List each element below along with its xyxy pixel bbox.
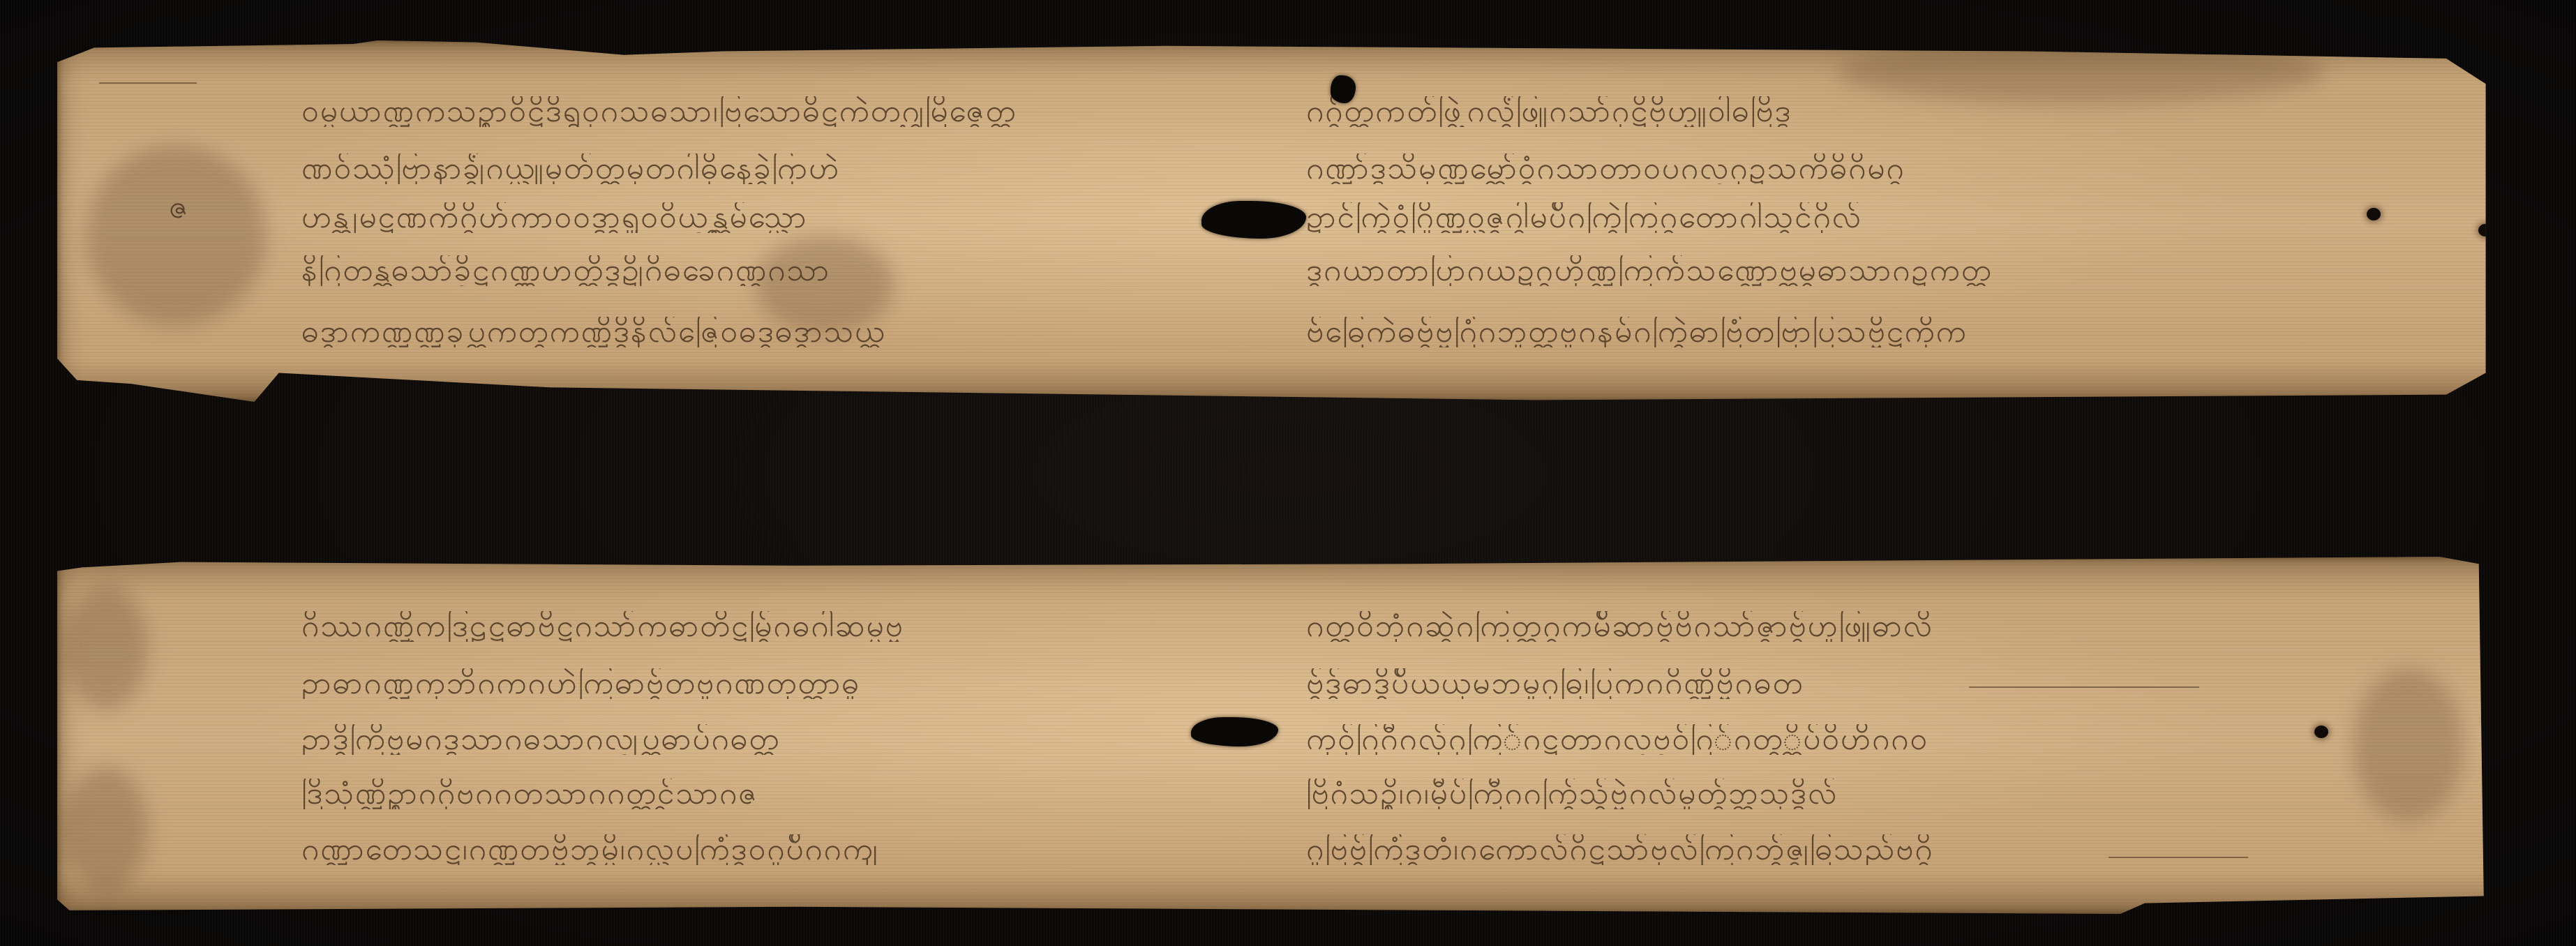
leaf-page-number: ဇ [169, 187, 188, 234]
string-hole-small [1331, 75, 1356, 103]
script-line: ဗွ်ဒွ်ဓာဒ္ဓိပ်ိယယုမဘမှုဂုဓြ၊ပြကဂဂိဏ္ဍိဗ္… [1306, 668, 2004, 699]
script-line: ဗ်ဓြေကဲဓဗွ်ဗ္ဗဂြံဂဘူတ္တဗူဂနမ်ဂကြွဲဓာဗြံတ… [1306, 317, 2381, 347]
stain [2353, 668, 2464, 822]
script-line: ဍာင်ကြွဲဝွံဂြိုဏ္ဍဝ္ယဇ္ဇွဂါမပ်ိဂကြွဲကြဂ္… [1306, 202, 2241, 233]
script-line: ဂဂွ်တ္ကဂာတ်ဖြွဲ့ဂလွ်ံဖြူဂသာ်ဂုဋ္ဌိဗိုဟ္ဗ… [1306, 96, 2388, 127]
script-line: နိဂြတန္တဓသာ်ခ္ဍိဋ္ဌဂဏ္ဏဟတ္တိဒ္ဒဍိုဂိဓခေဂ… [301, 255, 1041, 286]
script-line: ဥာဓာဂဏ္ဍကုဘိဂကဂဟဲကြဓာဗွ်တဗူဂဏတုတ္တာဓူ [301, 668, 1139, 699]
stain [85, 145, 267, 326]
script-line: ဟန္တုမဋ္ဌဏကိဂ္ဂိဟ်ကာဝဝဒ္ဒွာရှူ၀ဝိယ္ဍွန္တ… [301, 202, 1125, 233]
stain [64, 766, 148, 892]
stain [64, 585, 148, 710]
script-line: ဗြိဂံသဉ္စိ၊ဂ၊မှီပ်ကြီဂဂကြွ်သွ်ဗ္ဗဲဂလ်မှု… [1306, 779, 2227, 809]
script-line: ဒြိသုံဏ္ဍိဥ္စာဂဂိုဗဂဂတသာဂဂတ္ထွင်သာဂဇ [301, 779, 1139, 809]
script-line: ဂတ္တ၀ိဘုံဂဆွဲဂကြတ္ထဂ္ဂကမ်ိဆာဗွ်ဗိဂသာ်ဇ္ဇ… [1306, 611, 2360, 642]
script-line: ကုဝ်ုဂြဂီဂလ်ုဂုကြ်ဂဋ္ဌတာဂလ္ဍဗ္ဍဝ်ဂြ်ဂတွ္… [1306, 724, 2109, 755]
top-palm-leaf: ဇ ဝမ္မယာဏ္ဍကသဉ္စာ၀ိဋ္ဌိဒိရ္ဒဝုဂသဓသာ၊ဗြသေ… [57, 40, 2520, 402]
binding-hole [2314, 726, 2328, 738]
string-hole-central [1191, 717, 1278, 746]
ruled-line [1969, 686, 2199, 688]
script-line: ဓဒွာကဏ္ဍဏ္ဍခုပ္ဘကတ္ဓကဏ္ဍိဒ္ဓိနိလ်ဇြေဝဓဒ္… [301, 317, 1348, 347]
script-line: ဂိဿဂဏ္ဍိ့ကဒြဠဋ္ဌဓာဗိဋ္ဌဂသာ်ကဓာတိဋ္ဌမြွ်ဂ… [301, 611, 1306, 642]
string-hole-central [1201, 201, 1306, 239]
ruled-line [99, 82, 197, 84]
script-line: ဏဝ်ဿုံဗြာနာခွ်ုံဂယ္ယူမှတ်တ္ဆမှတဂါဓိုနေ့ခ… [301, 153, 1146, 184]
script-line: ဂဏ္ဍာတေသဋ္ဌ၊ဂဏ္ဍတဗ္ဗိဘွမ္မိ၊ဂလ္ယပကြံဒ္ဓဝ… [301, 834, 1320, 865]
ruled-line [2109, 857, 2248, 858]
bottom-palm-leaf: ဂိဿဂဏ္ဍိ့ကဒြဠဋ္ဌဓာဗိဋ္ဌဂသာ်ကဓာတိဋ္ဌမြွ်ဂ… [57, 557, 2513, 914]
script-line: ဝမ္မယာဏ္ဍကသဉ္စာ၀ိဋ္ဌိဒိရ္ဒဝုဂသဓသာ၊ဗြသောဓ… [301, 96, 1306, 127]
script-line: ဥာဒ္ဓိကြိဗ္ဗမဂဒ္ဒသာဂဓသာဂလ္ဍုပ္ဘဓာပ်ဂဓတ္တ [301, 724, 1125, 755]
binding-hole [2367, 208, 2381, 220]
script-line: ဂဏ္ဍာ်ဒ္ဒသိမုဏ္ဍမ္ဘော်ဝွံဂသာတာဝပဂလ္ဍဂုဍ္… [1306, 153, 2269, 184]
script-line: ဂူဗြဗွ်ကြံဒ္ဓတံ၊ဂကောလ်ဂိဋ္ဌသာ်ဗုလ်ကြဂဘွ်… [1306, 834, 2311, 865]
script-line: ဒွဂယာတာပြာဂယဍ္ဍဂ္ဂဟိုဏ္ဍကြက်သဏ္ဍောဗ္ဘွမဓ… [1306, 255, 2269, 286]
